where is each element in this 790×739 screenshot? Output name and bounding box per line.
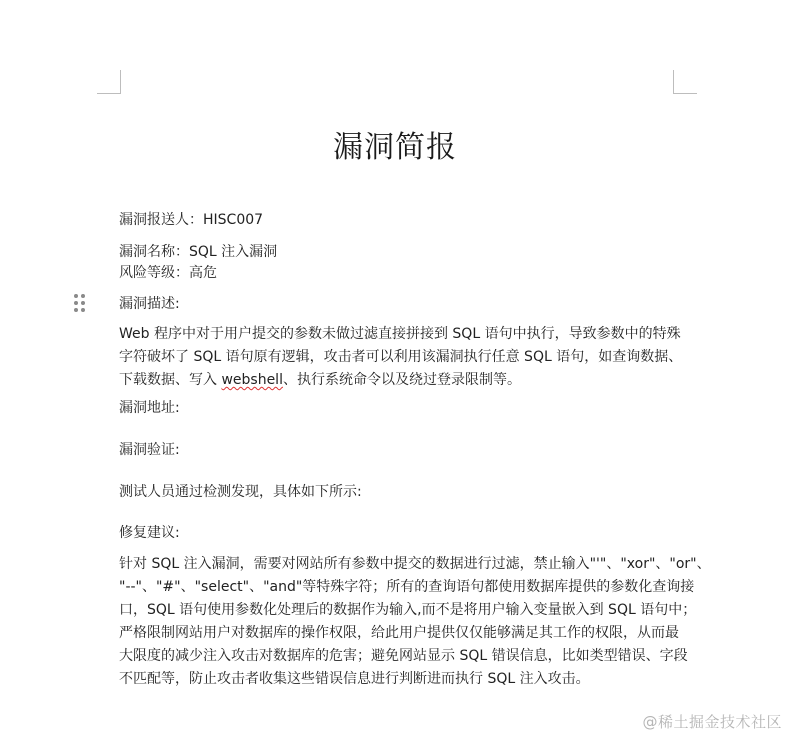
remediation-line-1: 针对 SQL 注入漏洞，需要对网站所有参数中提交的数据进行过滤，禁止输入"'"、…	[119, 553, 679, 576]
description-body: Web 程序中对于用户提交的参数未做过滤直接拼接到 SQL 语句中执行，导致参数…	[119, 323, 679, 392]
page-corner-mark-top-left	[97, 70, 121, 94]
document-title: 漏洞简报	[0, 128, 790, 168]
vuln-name-field: 漏洞名称：SQL 注入漏洞	[119, 242, 679, 263]
page-corner-mark-top-right	[673, 70, 697, 94]
watermark: @稀土掘金技术社区	[642, 711, 782, 732]
risk-level-label: 风险等级：	[119, 265, 189, 281]
reporter-label: 漏洞报送人：	[119, 212, 203, 228]
remediation-line-4: 严格限制网站用户对数据库的操作权限，给此用户提供仅仅能够满足其工作的权限，从而最	[119, 622, 679, 645]
verification-heading: 漏洞验证:	[119, 440, 679, 461]
drag-handle-icon[interactable]	[74, 294, 86, 312]
reporter-field: 漏洞报送人：HISC007	[119, 210, 679, 231]
reporter-value: HISC007	[203, 212, 263, 228]
remediation-line-6: 不匹配等，防止攻击者收集这些错误信息进行判断进而执行 SQL 注入攻击。	[119, 668, 679, 691]
vuln-name-value: SQL 注入漏洞	[189, 244, 277, 260]
description-line-1: Web 程序中对于用户提交的参数未做过滤直接拼接到 SQL 语句中执行，导致参数…	[119, 323, 679, 346]
description-line-3: 下载数据、写入 webshell、执行系统命令以及绕过登录限制等。	[119, 369, 679, 392]
remediation-heading: 修复建议:	[119, 523, 679, 544]
vuln-name-label: 漏洞名称：	[119, 244, 189, 260]
remediation-line-2: "--"、"#"、"select"、"and"等特殊字符；所有的查询语句都使用数…	[119, 576, 679, 599]
risk-level-value: 高危	[189, 265, 217, 281]
description-line-2: 字符破坏了 SQL 语句原有逻辑，攻击者可以利用该漏洞执行任意 SQL 语句，如…	[119, 346, 679, 369]
remediation-line-5: 大限度的减少注入攻击对数据库的危害；避免网站显示 SQL 错误信息，比如类型错误…	[119, 645, 679, 668]
address-heading: 漏洞地址:	[119, 398, 679, 419]
description-heading: 漏洞描述:	[119, 294, 679, 315]
remediation-body: 针对 SQL 注入漏洞，需要对网站所有参数中提交的数据进行过滤，禁止输入"'"、…	[119, 553, 679, 691]
finding-text: 测试人员通过检测发现，具体如下所示:	[119, 482, 679, 503]
risk-level-field: 风险等级：高危	[119, 263, 679, 284]
remediation-line-3: 口，SQL 语句使用参数化处理后的数据作为输入,而不是将用户输入变量嵌入到 SQ…	[119, 599, 679, 622]
spellcheck-flagged-word[interactable]: webshell	[221, 372, 283, 388]
